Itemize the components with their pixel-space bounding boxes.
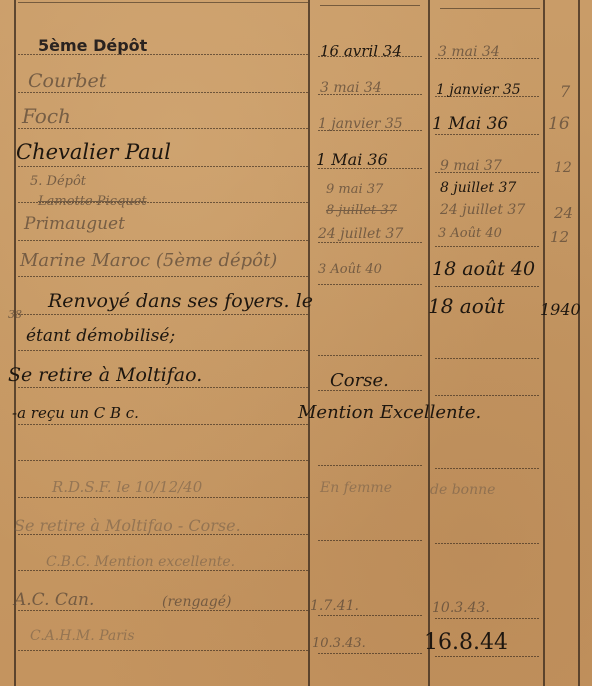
note-text: étant démobilisé;	[26, 326, 175, 346]
margin-note: 38	[8, 308, 22, 321]
row-from: 8 juillet 37	[326, 203, 397, 218]
row-to: 3 mai 34	[438, 44, 500, 60]
note-text: Se retire à Moltifao.	[8, 364, 202, 386]
row-from: 1 Mai 36	[316, 150, 388, 169]
row-rule	[318, 540, 423, 541]
row-rule	[435, 246, 539, 247]
row-unit: Marine Maroc (5ème dépôt)	[20, 250, 277, 271]
row-to: 18 août 40	[432, 258, 535, 280]
note-text: -a reçu un C B c.	[12, 404, 139, 422]
row-rule	[18, 350, 308, 351]
bottom-row-to: 16.8.44	[424, 630, 508, 655]
row-to: 1 janvier 35	[436, 82, 521, 98]
row-count: 24	[554, 204, 573, 222]
row-from: 1 janvier 35	[318, 116, 403, 132]
note-text: Renvoyé dans ses foyers. le	[48, 290, 313, 312]
faint-note: de bonne	[430, 482, 495, 498]
row-to: 9 mai 37	[440, 158, 502, 174]
row-rule	[435, 468, 539, 469]
row-unit: Foch	[22, 104, 71, 128]
row-rule	[18, 424, 308, 425]
row-to: 8 juillet 37	[440, 180, 516, 196]
row-rule	[18, 314, 308, 315]
faint-note: Se retire à Moltifao - Corse.	[14, 516, 241, 535]
note-rest: Mention Excellente.	[298, 402, 481, 423]
row-unit: Lamotte Picquet	[38, 194, 147, 209]
row-rule	[318, 653, 423, 654]
row-count: 12	[554, 160, 572, 176]
row-unit: Courbet	[28, 70, 106, 92]
row-rule	[18, 497, 308, 498]
bottom-row-unit: C.A.H.M. Paris	[30, 628, 135, 644]
row-rule	[435, 618, 539, 619]
row-to: 24 juillet 37	[440, 202, 525, 218]
column-rule-left	[14, 0, 16, 686]
column-rule-to	[543, 0, 545, 686]
row-rule	[18, 92, 308, 93]
row-rule	[18, 387, 308, 388]
row-rule	[435, 656, 539, 657]
bottom-row-to: 10.3.43.	[432, 600, 490, 616]
column-rule-from	[428, 0, 430, 686]
row-count: 12	[550, 228, 569, 246]
column-rule-unit	[308, 0, 310, 686]
row-rule	[18, 650, 308, 651]
row-from: 3 Août 40	[318, 262, 382, 277]
row-rule	[318, 465, 423, 466]
row-rule	[18, 610, 308, 611]
top-rule-to	[440, 8, 540, 9]
row-rule	[435, 286, 539, 287]
row-rule	[435, 358, 539, 359]
note-place: Corse.	[330, 370, 389, 391]
row-rule	[18, 570, 308, 571]
row-unit: 5. Dépôt	[30, 174, 86, 189]
bottom-row-from: 10.3.43.	[312, 636, 366, 651]
row-rule	[18, 166, 308, 167]
bottom-row-note: (rengagé)	[162, 594, 231, 610]
row-to: 3 Août 40	[438, 226, 502, 241]
row-unit: 5ème Dépôt	[38, 36, 147, 55]
top-rule-from	[320, 5, 420, 6]
column-rule-count	[578, 0, 580, 686]
faint-note: En femme	[320, 480, 392, 496]
bottom-row-unit: A.C. Can.	[14, 590, 94, 610]
row-rule	[435, 543, 539, 544]
row-rule	[318, 615, 423, 616]
row-rule	[435, 134, 539, 135]
row-rule	[18, 276, 308, 277]
row-count: 16	[548, 114, 570, 134]
row-from: 16 avril 34	[320, 42, 402, 60]
row-rule	[18, 128, 308, 129]
row-to: 1 Mai 36	[432, 114, 508, 134]
row-from: 3 mai 34	[320, 80, 382, 96]
row-rule	[318, 355, 423, 356]
row-count: 7	[560, 82, 570, 101]
top-rule	[18, 2, 308, 3]
register-page: 5ème Dépôt Courbet Foch Chevalier Paul 5…	[0, 0, 592, 686]
row-unit: Primauguet	[24, 214, 125, 234]
row-unit: Chevalier Paul	[16, 140, 171, 164]
row-rule	[318, 242, 423, 243]
row-from: 9 mai 37	[326, 182, 383, 197]
row-rule	[18, 460, 308, 461]
row-rule	[18, 240, 308, 241]
bottom-row-from: 1.7.41.	[310, 598, 359, 614]
note-year: 1940	[540, 300, 581, 319]
note-date: 18 août	[428, 294, 505, 318]
faint-note: R.D.S.F. le 10/12/40	[52, 478, 202, 496]
row-rule	[318, 284, 423, 285]
row-rule	[435, 395, 539, 396]
row-from: 24 juillet 37	[318, 226, 403, 242]
faint-note: C.B.C. Mention excellente.	[46, 554, 235, 570]
